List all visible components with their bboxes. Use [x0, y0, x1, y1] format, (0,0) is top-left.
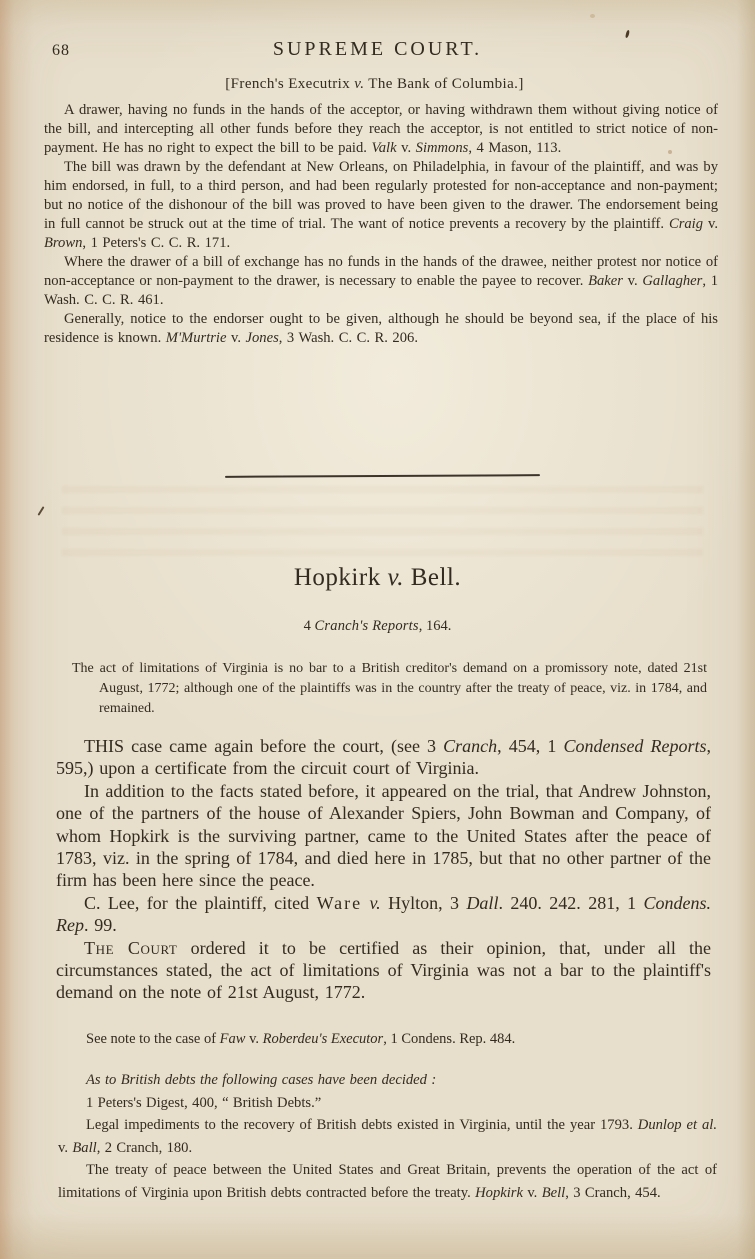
- running-header: 68 SUPREME COURT.: [0, 38, 755, 64]
- annotation-paragraph: Legal impediments to the recovery of Bri…: [58, 1114, 717, 1159]
- annotation-heading: As to British debts the following cases …: [58, 1069, 717, 1092]
- reporter-cross-reference: See note to the case of Faw v. Roberdeu'…: [58, 1031, 717, 1048]
- ink-speck: [38, 506, 45, 516]
- running-title: SUPREME COURT.: [0, 38, 755, 61]
- ink-speck: [625, 30, 630, 38]
- paper-freckle: [590, 14, 595, 18]
- opinion-paragraph: C. Lee, for the plaintiff, cited Ware v.…: [56, 892, 711, 937]
- opinion-text: THIS case came again before the court, (…: [56, 735, 711, 1004]
- headnote-paragraph: Where the drawer of a bill of exchange h…: [44, 253, 718, 310]
- annotation-paragraph: 1 Peters's Digest, 400, “ British Debts.…: [58, 1092, 717, 1115]
- opinion-paragraph: The Court ordered it to be certified as …: [56, 937, 711, 1004]
- scanned-book-page: 68 SUPREME COURT. [French's Executrix v.…: [0, 0, 755, 1259]
- case-citation: 4 Cranch's Reports, 164.: [0, 618, 755, 635]
- prev-case-headnotes: A drawer, having no funds in the hands o…: [44, 101, 718, 348]
- headnote-paragraph: Generally, notice to the endorser ought …: [44, 310, 718, 348]
- bleed-through-texture: [62, 486, 703, 568]
- opinion-paragraph: THIS case came again before the court, (…: [56, 735, 711, 780]
- annotation-paragraph: The treaty of peace between the United S…: [58, 1159, 717, 1204]
- annotations-notes: As to British debts the following cases …: [58, 1069, 717, 1204]
- case-title: Hopkirk v. Bell.: [0, 564, 755, 592]
- case-syllabus: The act of limitations of Virginia is no…: [72, 659, 707, 719]
- headnote-paragraph: The bill was drawn by the defendant at N…: [44, 158, 718, 253]
- headnote-paragraph: A drawer, having no funds in the hands o…: [44, 101, 718, 158]
- case-divider-rule: [225, 474, 540, 478]
- opinion-paragraph: In addition to the facts stated before, …: [56, 780, 711, 892]
- prev-case-caption: [French's Executrix v. The Bank of Colum…: [0, 76, 749, 93]
